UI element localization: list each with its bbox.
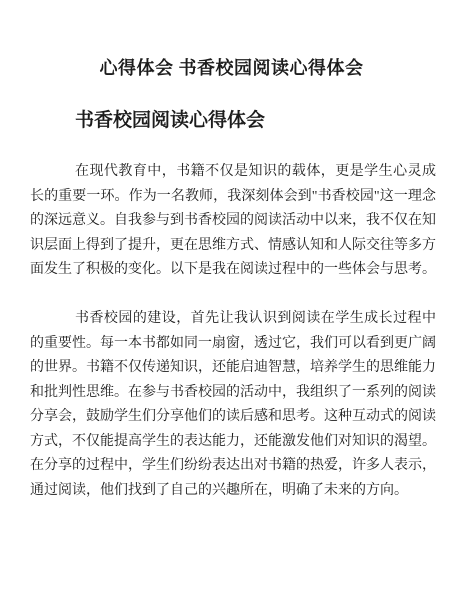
document-page: 心得体会 书香校园阅读心得体会 书香校园阅读心得体会 在现代教育中，书籍不仅是知…: [0, 0, 463, 600]
document-title: 心得体会 书香校园阅读心得体会: [0, 0, 463, 80]
document-body: 在现代教育中，书籍不仅是知识的载体，更是学生心灵成长的重要一环。作为一名教师，我…: [30, 160, 436, 503]
document-subtitle: 书香校园阅读心得体会: [75, 108, 463, 134]
paragraph: 书香校园的建设，首先让我认识到阅读在学生成长过程中的重要性。每一本书都如同一扇窗…: [30, 307, 436, 503]
paragraph: 在现代教育中，书籍不仅是知识的载体，更是学生心灵成长的重要一环。作为一名教师，我…: [30, 160, 436, 283]
